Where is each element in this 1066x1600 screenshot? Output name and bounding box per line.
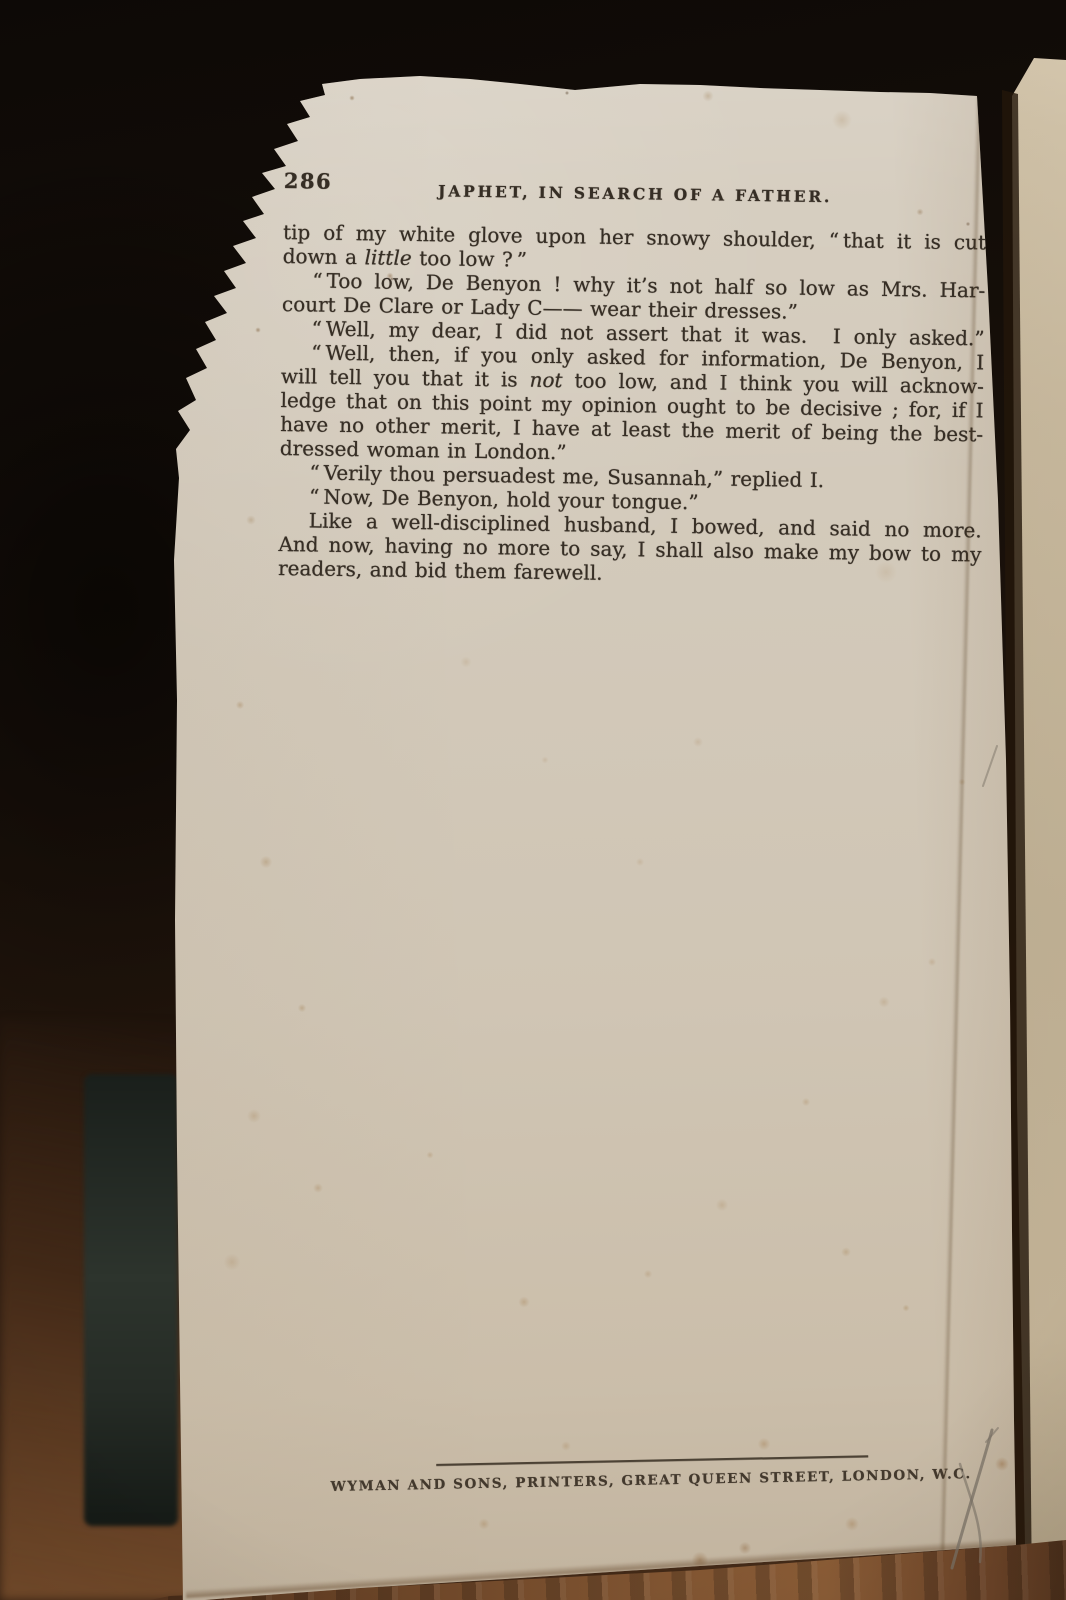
book-cover-edge <box>84 1074 178 1526</box>
book-photo: 286 JAPHET, IN SEARCH OF A FATHER. tip o… <box>0 0 1066 1600</box>
printer-imprint: WYMAN AND SONS, PRINTERS, GREAT QUEEN ST… <box>331 1466 971 1495</box>
pencil-mark <box>940 1420 1010 1580</box>
imprint-rule <box>436 1455 868 1466</box>
running-title: JAPHET, IN SEARCH OF A FATHER. <box>438 181 832 206</box>
page-header: 286 JAPHET, IN SEARCH OF A FATHER. <box>284 168 987 204</box>
page-number: 286 <box>284 168 333 194</box>
printed-area: 286 JAPHET, IN SEARCH OF A FATHER. tip o… <box>278 168 987 590</box>
page-footer: WYMAN AND SONS, PRINTERS, GREAT QUEEN ST… <box>330 1439 971 1495</box>
pencil-tick-mark <box>973 742 1003 792</box>
page-body: tip of my white glove upon her snowy sho… <box>278 220 986 590</box>
